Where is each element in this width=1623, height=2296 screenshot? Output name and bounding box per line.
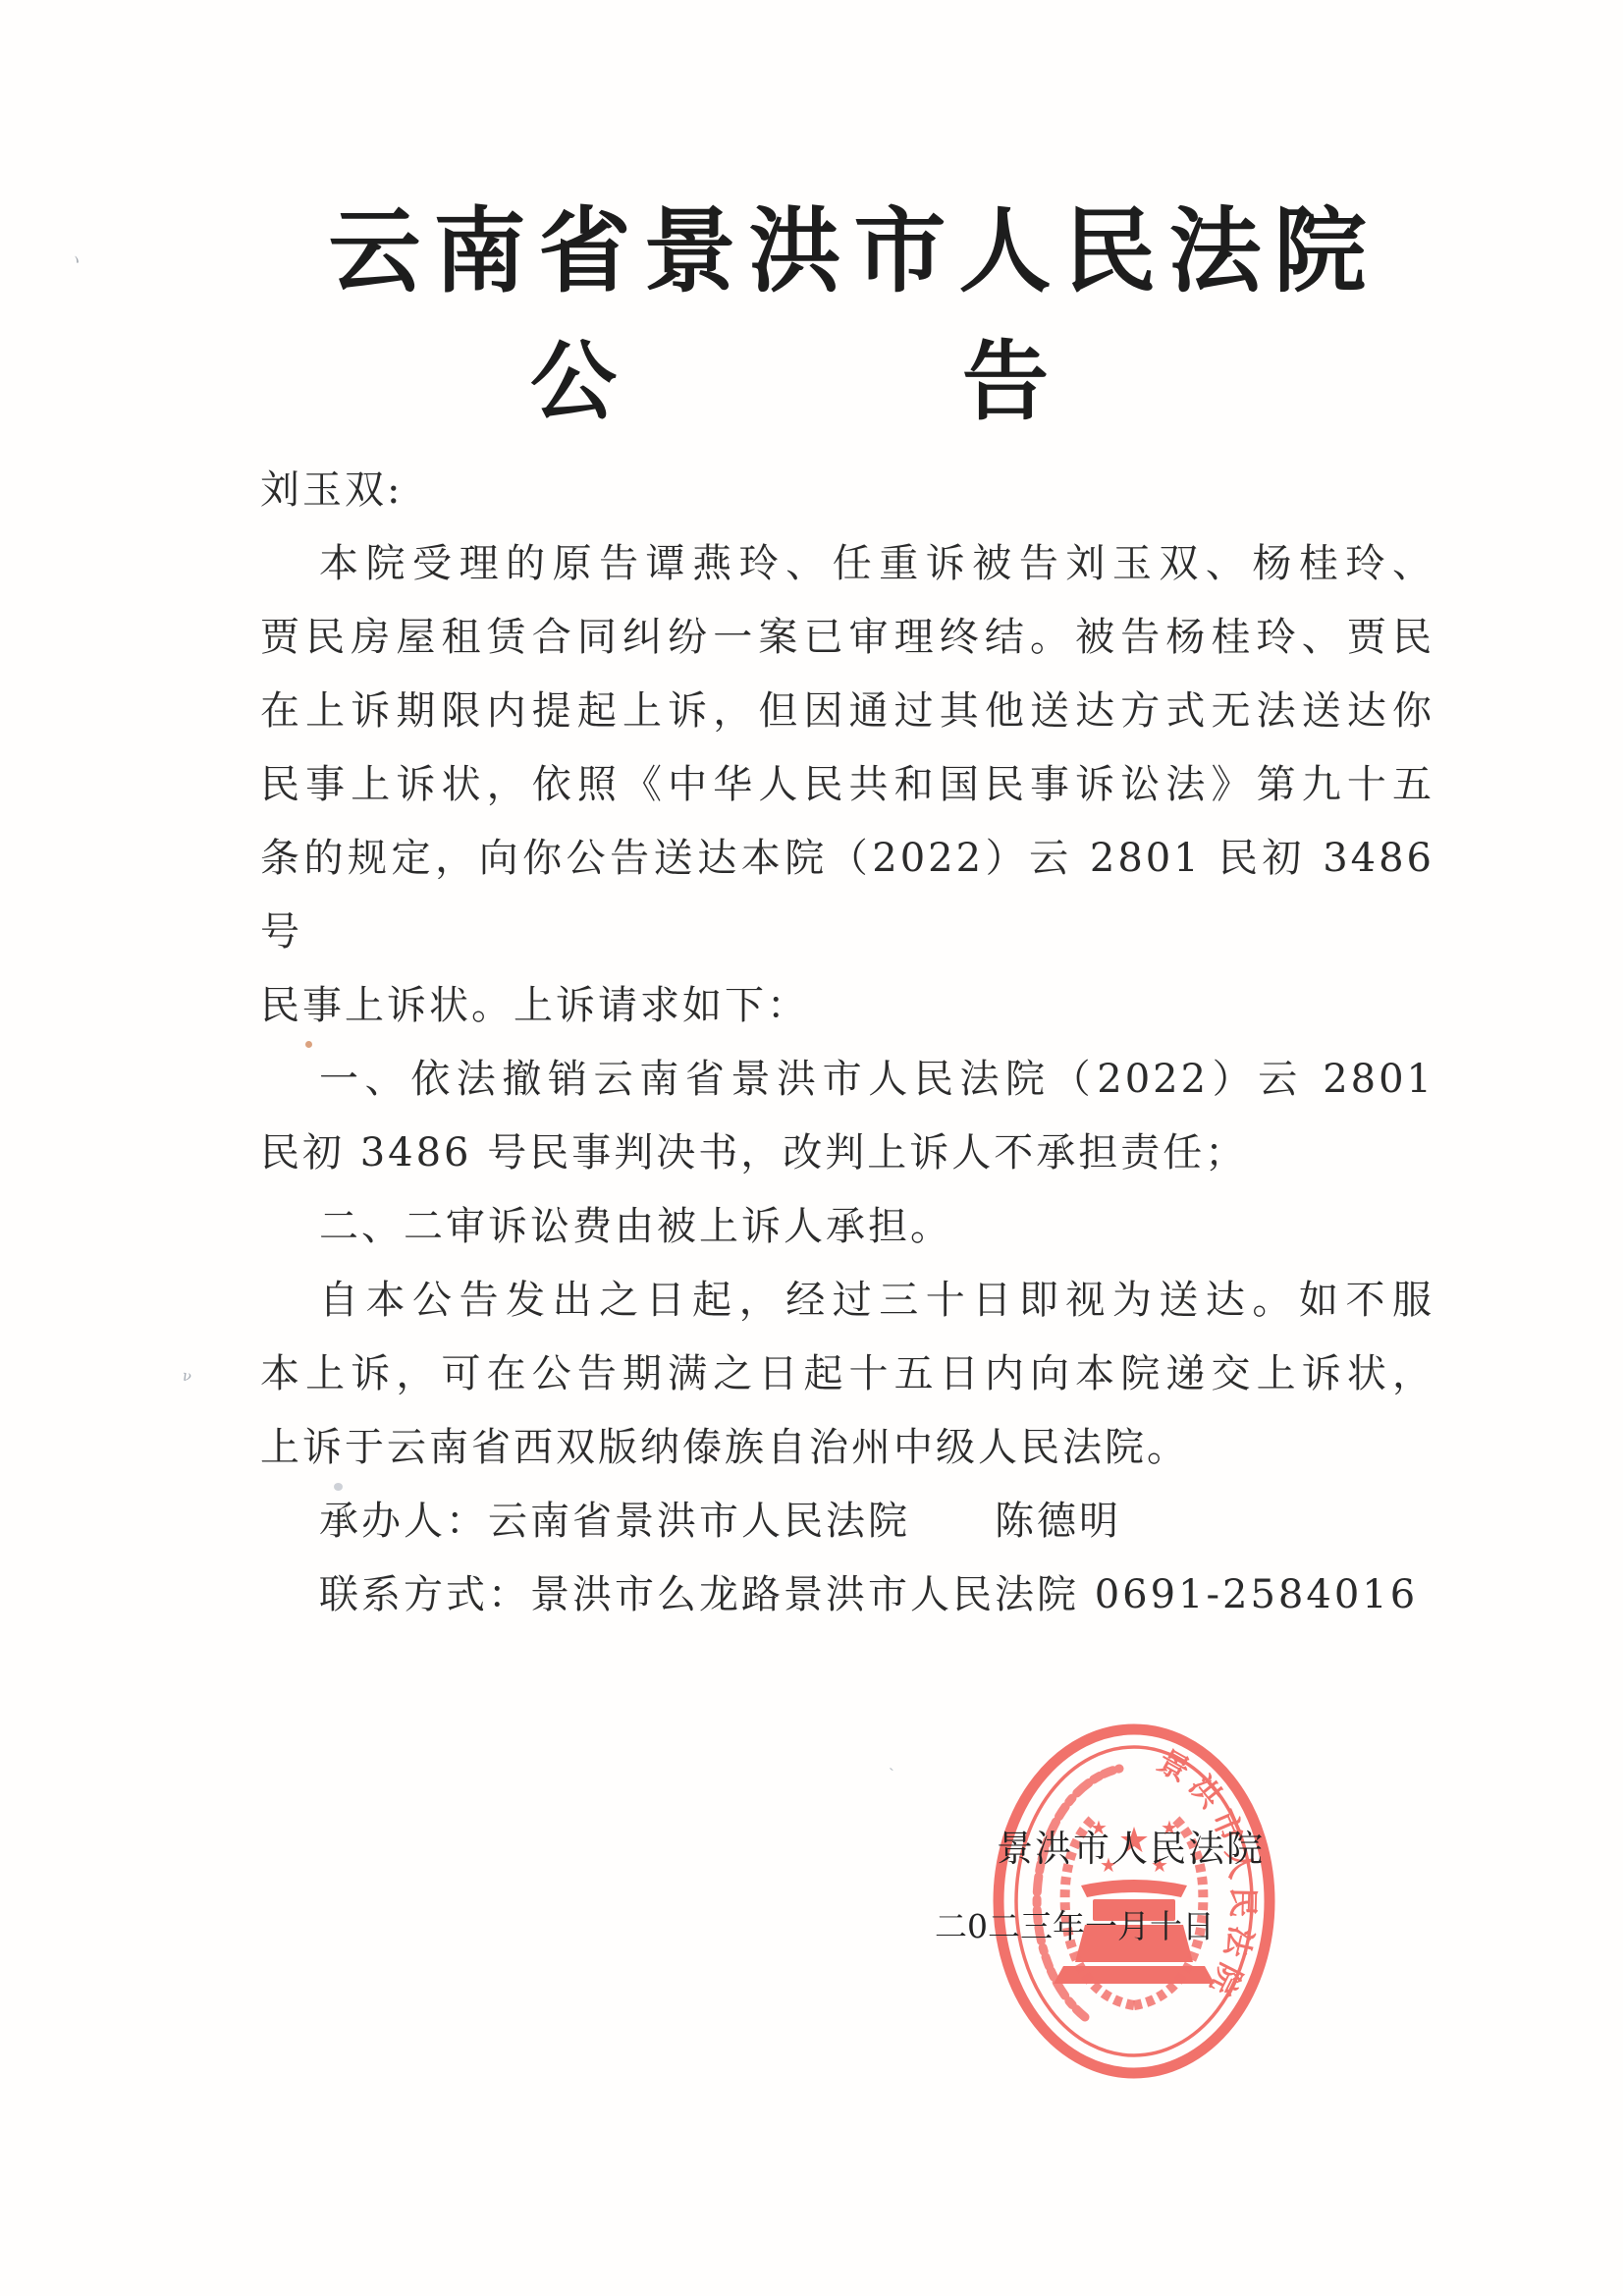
body-line: 民初 3486 号民事判决书，改判上诉人不承担责任； [260,1117,1434,1190]
body-line: 民事上诉状。上诉请求如下： [260,969,1434,1043]
body-line: 自本公告发出之日起，经过三十日即视为送达。如不服 [260,1264,1434,1338]
body-line: 二、二审诉讼费由被上诉人承担。 [260,1190,1434,1264]
scanned-court-notice: { "header": { "court_name": "云南省景洪市人民法院"… [0,0,1623,2296]
body-line: 在上诉期限内提起上诉，但因通过其他送达方式无法送达你 [260,675,1434,748]
scan-artifact [334,1483,343,1491]
page-title-court: 云南省景洪市人民法院 [260,192,1434,310]
scan-artifact: ` [888,1765,898,1783]
body-line: 一、依法撤销云南省景洪市人民法院（2022）云 2801 [260,1043,1434,1117]
page-title-notice: 公 告 [202,332,1377,430]
body-line: 本院受理的原告谭燕玲、任重诉被告刘玉双、杨桂玲、 [260,527,1434,601]
signing-court-name: 景洪市人民法院 [997,1819,1265,1872]
document-page: 云南省景洪市人民法院 公 告 刘玉双: 本院受理的原告谭燕玲、任重诉被告刘玉双、… [0,0,1623,2296]
scan-artifact: ν [182,1366,193,1385]
body-line: 本上诉，可在公告期满之日起十五日内向本院递交上诉状， [260,1338,1434,1411]
body-line: 贾民房屋租赁合同纠纷一案已审理终结。被告杨桂玲、贾民 [260,601,1434,675]
signing-date: 二0二三年一月十日 [935,1901,1215,1947]
scan-artifact [305,1041,312,1048]
body-line: 联系方式：景洪市么龙路景洪市人民法院 0691-2584016 [260,1558,1434,1632]
notice-body: 刘玉双: 本院受理的原告谭燕玲、任重诉被告刘玉双、杨桂玲、 贾民房屋租赁合同纠纷… [260,454,1434,1632]
body-line: 上诉于云南省西双版纳傣族自治州中级人民法院。 [260,1411,1434,1485]
scan-artifact: ヽ [66,246,87,272]
salutation: 刘玉双: [260,454,1434,527]
body-line: 条的规定，向你公告送达本院（2022）云 2801 民初 3486 号 [260,822,1434,969]
body-line: 民事上诉状，依照《中华人民共和国民事诉讼法》第九十五 [260,748,1434,822]
body-line: 承办人：云南省景洪市人民法院 陈德明 [260,1485,1434,1558]
